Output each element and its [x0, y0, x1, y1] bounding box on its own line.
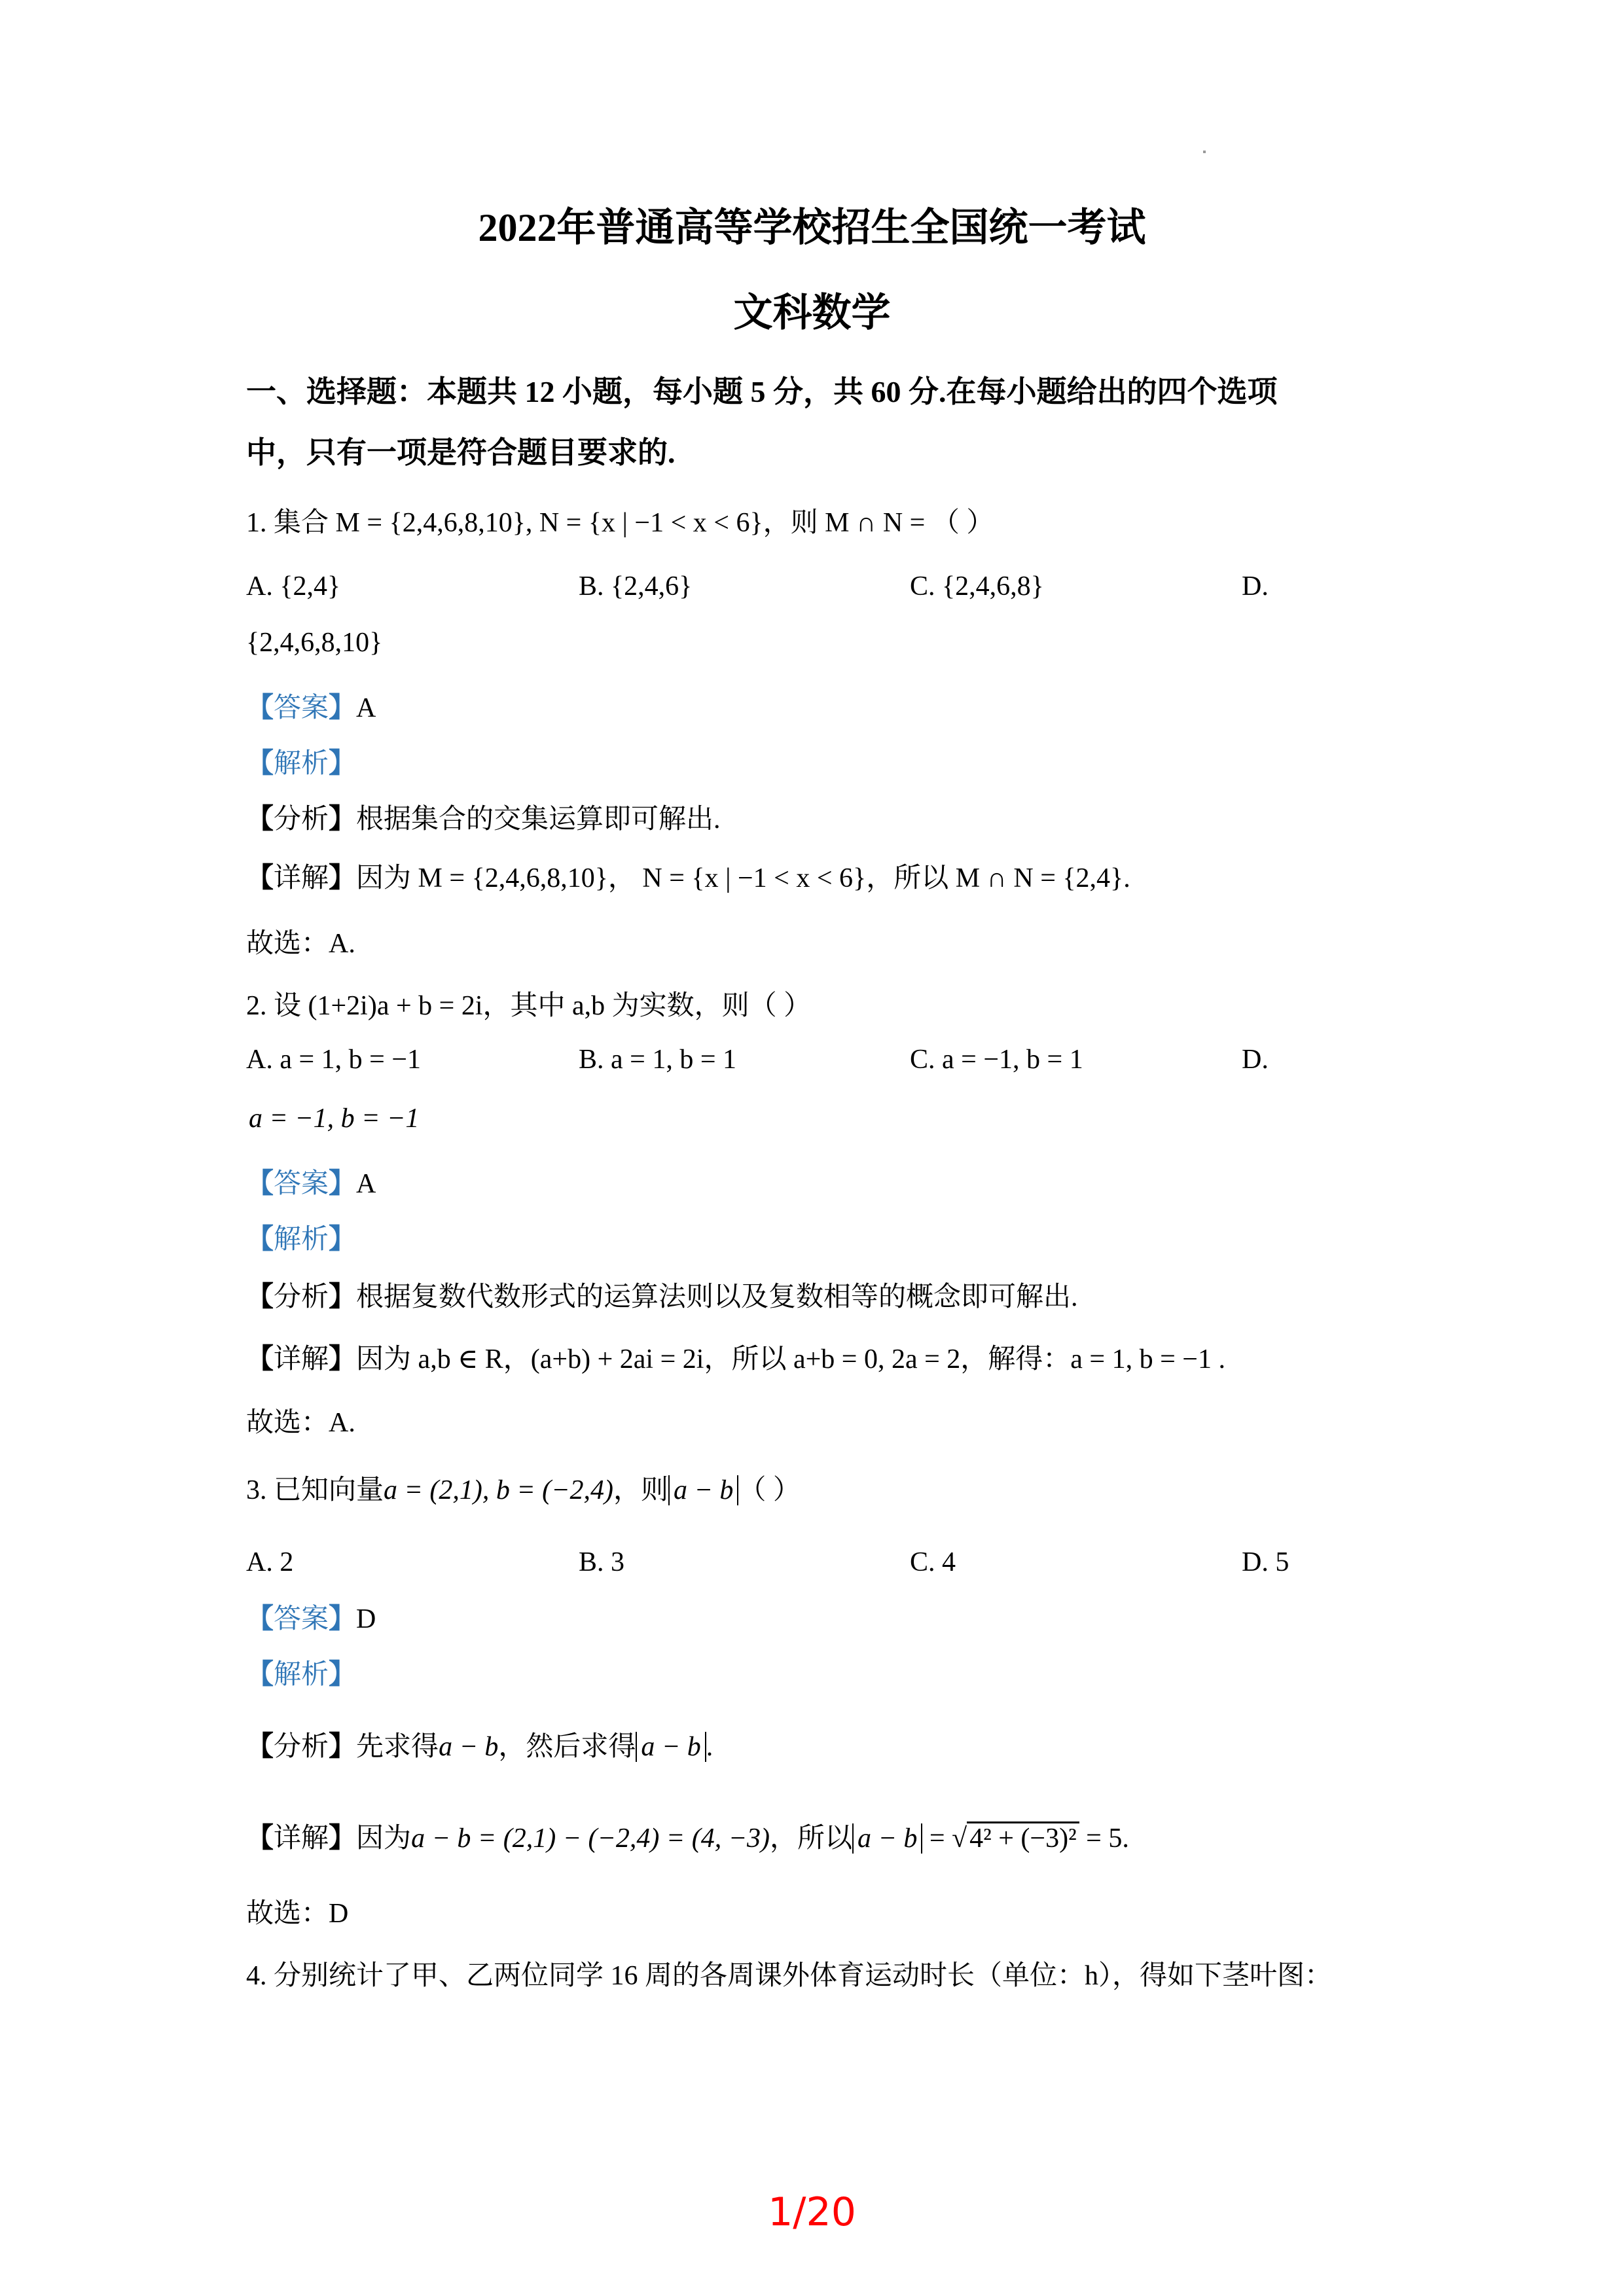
q3-answer-row: 【答案】D [246, 1597, 376, 1636]
q1-option-c: C. {2,4,6,8} [910, 571, 1044, 602]
q1-option-d-value: {2,4,6,8,10} [246, 627, 382, 658]
q2-option-c: C. a = −1, b = 1 [910, 1044, 1083, 1075]
q1-option-d: D. [1242, 571, 1269, 602]
section-instructions-line1: 一、选择题：本题共 12 小题，每小题 5 分，共 60 分.在每小题给出的四个… [246, 368, 1278, 411]
scan-dot [1203, 151, 1206, 153]
q3-answer-value: D [356, 1604, 376, 1634]
q1-stem: 1. 集合 M = {2,4,6,8,10}, N = {x | −1 < x … [246, 501, 994, 540]
q4-stem: 4. 分别统计了甲、乙两位同学 16 周的各周课外体育运动时长（单位：h），得如… [246, 1954, 1332, 1993]
q2-analysis-label: 【解析】 [246, 1217, 356, 1257]
q1-choose: 故选：A. [246, 922, 355, 961]
q2-option-d-value: a = −1, b = −1 [249, 1103, 419, 1134]
section-instructions-line2: 中，只有一项是符合题目要求的. [246, 429, 676, 472]
page-number: 1/20 [0, 2189, 1624, 2235]
q3-abs-expression: a − b [668, 1475, 738, 1505]
q3-option-b: B. 3 [579, 1547, 624, 1578]
q1-analysis-label: 【解析】 [246, 742, 356, 781]
q3-fenxi: 【分析】先求得a − b，然后求得a − b. [246, 1725, 713, 1764]
q2-choose: 故选：A. [246, 1401, 355, 1440]
q2-answer-value: A [356, 1169, 376, 1199]
q3-xiangjie: 【详解】因为a − b = (2,1) − (−2,4) = (4, −3)，所… [246, 1816, 1129, 1856]
q1-answer-row: 【答案】A [246, 686, 376, 725]
q2-option-d: D. [1242, 1044, 1269, 1075]
q2-fenxi: 【分析】根据复数代数形式的运算法则以及复数相等的概念即可解出. [246, 1275, 1078, 1314]
exam-subtitle: 文科数学 [0, 281, 1624, 338]
q2-answer-row: 【答案】A [246, 1162, 376, 1201]
q2-stem: 2. 设 (1+2i)a + b = 2i，其中 a,b 为实数，则（ ） [246, 984, 811, 1023]
exam-title: 2022年普通高等学校招生全国统一考试 [0, 196, 1624, 253]
q3-analysis-label: 【解析】 [246, 1653, 356, 1692]
q2-option-a: A. a = 1, b = −1 [246, 1044, 421, 1075]
q2-option-b: B. a = 1, b = 1 [579, 1044, 736, 1075]
q3-option-a: A. 2 [246, 1547, 293, 1578]
answer-label: 答案 [274, 693, 329, 723]
q1-answer-value: A [356, 693, 376, 723]
q2-xiangjie: 【详解】因为 a,b ∈ R，(a+b) + 2ai = 2i，所以 a+b =… [246, 1337, 1225, 1376]
sqrt-expression: 4² + (−3)² [967, 1821, 1079, 1854]
q3-stem: 3. 已知向量a = (2,1), b = (−2,4)，则a − b（ ） [246, 1468, 801, 1507]
q3-option-d: D. 5 [1242, 1547, 1289, 1578]
q3-choose: 故选：D [246, 1892, 348, 1931]
q1-fenxi: 【分析】根据集合的交集运算即可解出. [246, 797, 721, 836]
q1-option-a: A. {2,4} [246, 571, 340, 602]
q1-option-b: B. {2,4,6} [579, 571, 692, 602]
q3-vectors: a = (2,1), b = (−2,4) [384, 1475, 613, 1505]
q1-xiangjie: 【详解】因为 M = {2,4,6,8,10}， N = {x | −1 < x… [246, 856, 1130, 895]
q3-option-c: C. 4 [910, 1547, 956, 1578]
